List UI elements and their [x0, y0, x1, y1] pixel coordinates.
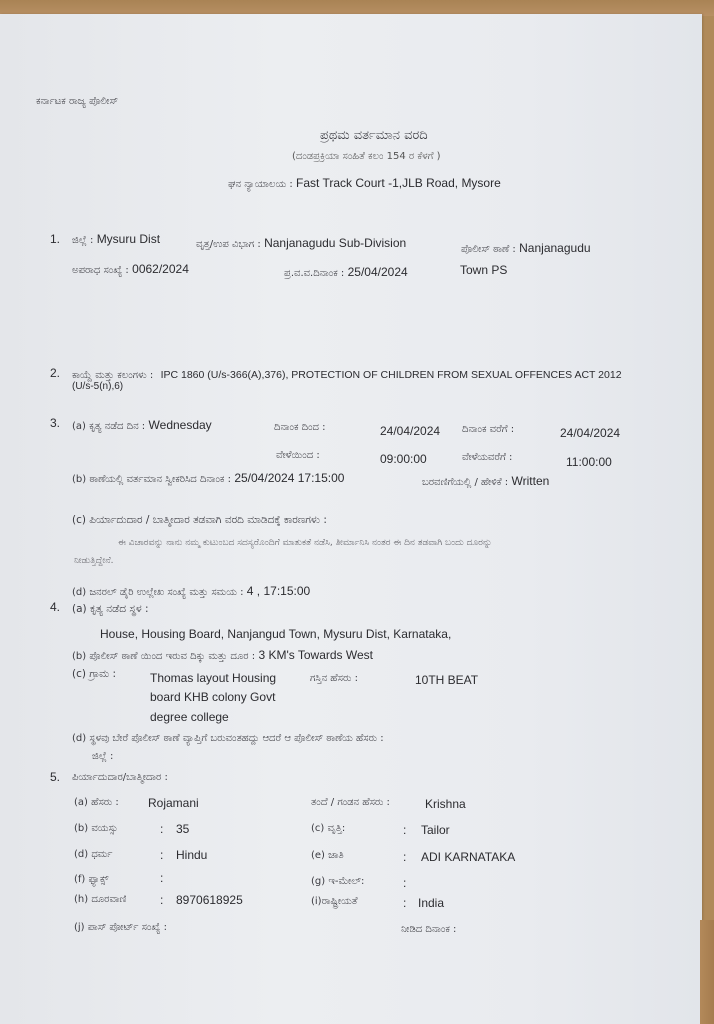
- age-value: 35: [176, 822, 189, 836]
- age-colon: :: [160, 822, 163, 836]
- district-field: ಜಿಲ್ಲೆ : Mysuru Dist: [72, 232, 160, 246]
- date-to-value: 24/04/2024: [560, 426, 620, 440]
- fax-colon: :: [160, 871, 163, 885]
- crime-number-field: ಅಪರಾಧ ಸಂಖ್ಯೆ : 0062/2024: [72, 262, 189, 276]
- beat-value: 10TH BEAT: [415, 673, 478, 687]
- caste-colon: :: [403, 850, 406, 864]
- acts-field: ಕಾಯ್ದೆ ಮತ್ತು ಕಲಂಗಳು : IPC 1860 (U/s-366(…: [72, 367, 622, 381]
- diary-ref-value: 4 , 17:15:00: [247, 584, 310, 598]
- complainant-heading: ಪಿರ್ಯಾದುದಾರ/ಬಾತ್ಮೀದಾರ :: [72, 772, 168, 783]
- age-label: (b) ವಯಸ್ಸು: [74, 823, 118, 834]
- acts-value-cont: (U/s-5(n),6): [72, 381, 123, 392]
- crime-number-value: 0062/2024: [132, 262, 189, 276]
- date-from-value: 24/04/2024: [380, 424, 440, 438]
- direction-label: (b) ಪೊಲೀಸ್ ಠಾಣೆ ಯಿಂದ ಇರುವ ದಿಕ್ಕು ಮತ್ತು ದ…: [72, 651, 255, 662]
- nationality-label: (i)ರಾಷ್ಟ್ರೀಯತೆ: [311, 896, 358, 907]
- section-1-number: 1.: [50, 232, 60, 246]
- table-surface-right: [700, 920, 714, 1024]
- direction-field: (b) ಪೊಲೀಸ್ ಠಾಣೆ ಯಿಂದ ಇರುವ ದಿಕ್ಕು ಮತ್ತು ದ…: [72, 648, 373, 662]
- delay-reason-label: (c) ಪಿರ್ಯಾದುದಾರ / ಬಾತ್ಮೀದಾರ ತಡವಾಗಿ ವರದಿ …: [72, 514, 327, 527]
- station-field: ಪೊಲೀಸ್ ಠಾಣೆ : Nanjanagudu: [461, 241, 591, 255]
- occurrence-day-value: Wednesday: [149, 418, 212, 432]
- delay-reason-text: ಈ ವಿಚಾರವನ್ನು ನಾನು ನಮ್ಮ ಕುಟುಂಬದ ಸದಸ್ಯರೊಂದ…: [118, 538, 492, 548]
- village-value-line-2: board KHB colony Govt: [150, 690, 275, 704]
- time-from-value: 09:00:00: [380, 452, 427, 466]
- passport-label: (j) ಪಾಸ್ ಪೋರ್ಟ್ ಸಂಖ್ಯೆ :: [74, 922, 167, 933]
- diary-ref-field: (d) ಜನರಲ್ ಡೈರಿ ಉಲ್ಲೇಖ ಸಂಖ್ಯೆ ಮತ್ತು ಸಮಯ :…: [72, 584, 310, 598]
- court-value: Fast Track Court -1,JLB Road, Mysore: [296, 176, 501, 190]
- section-2-number: 2.: [50, 366, 60, 380]
- time-from-label: ವೇಳೆಯಿಂದ :: [276, 450, 320, 461]
- other-station-label: (d) ಸ್ಥಳವು ಬೇರೆ ಪೊಲೀಸ್ ಠಾಣೆ ವ್ಯಾಪ್ತಿಗೆ ಬ…: [72, 733, 384, 744]
- email-label: (g) ಇ-ಮೇಲ್:: [311, 876, 364, 887]
- section-3-number: 3.: [50, 416, 60, 430]
- fir-date-label: ಪ್ರ.ವ.ವ.ದಿನಾಂಕ :: [284, 268, 344, 279]
- received-date-label: (b) ಠಾಣೆಯಲ್ಲಿ ವರ್ತಮಾನ ಸ್ವೀಕರಿಸಿದ ದಿನಾಂಕ …: [72, 474, 231, 485]
- father-name-value: Krishna: [425, 797, 466, 811]
- father-name-label: ತಂದೆ / ಗಂಡನ ಹೆಸರು :: [311, 797, 390, 808]
- occurrence-day-label: (a) ಕೃತ್ಯ ನಡೆದ ದಿನ :: [72, 421, 145, 432]
- beat-label: ಗಸ್ತಿನ ಹೆಸರು :: [310, 673, 358, 684]
- court-label: ಘನ ನ್ಯಾಯಾಲಯ :: [228, 179, 293, 190]
- issue-date-label: ನೀಡಿದ ದಿನಾಂಕ :: [401, 924, 456, 935]
- station-value-cont: Town PS: [460, 263, 507, 277]
- acts-label: ಕಾಯ್ದೆ ಮತ್ತು ಕಲಂಗಳು :: [72, 370, 153, 381]
- occupation-label: (c) ವೃತ್ತಿ:: [311, 823, 345, 834]
- subdivision-field: ವೃತ್ತ/ಉಪ ವಿಭಾಗ : Nanjanagudu Sub-Divisio…: [196, 236, 406, 250]
- station-label: ಪೊಲೀಸ್ ಠಾಣೆ :: [461, 244, 516, 255]
- time-to-label: ವೇಳೆಯವರೆಗೆ :: [462, 452, 512, 463]
- religion-value: Hindu: [176, 848, 207, 862]
- report-type-label: ಬರವಣಿಗೆಯಲ್ಲಿ / ಹೇಳಿಕೆ :: [422, 477, 508, 488]
- section-4-number: 4.: [50, 600, 60, 614]
- court-line: ಘನ ನ್ಯಾಯಾಲಯ : Fast Track Court -1,JLB Ro…: [228, 176, 501, 190]
- village-label: (c) ಗ್ರಾಮ :: [72, 668, 116, 681]
- place-value: House, Housing Board, Nanjangud Town, My…: [100, 627, 451, 641]
- religion-colon: :: [160, 848, 163, 862]
- phone-label: (h) ದೂರವಾಣಿ: [74, 894, 126, 905]
- subdivision-label: ವೃತ್ತ/ಉಪ ವಿಭಾಗ :: [196, 239, 261, 250]
- delay-reason-text-cont: ನೀಡುತ್ತಿದ್ದೇನೆ.: [74, 556, 114, 566]
- crime-number-label: ಅಪರಾಧ ಸಂಖ್ಯೆ :: [72, 265, 129, 276]
- nationality-value: India: [418, 896, 444, 910]
- direction-value: 3 KM's Towards West: [258, 648, 373, 662]
- document-subtitle: (ದಂಡಪ್ರಕ್ರಿಯಾ ಸಂಹಿತೆ ಕಲಂ 154 ರ ಕೆಳಗೆ ): [292, 151, 441, 162]
- report-type-field: ಬರವಣಿಗೆಯಲ್ಲಿ / ಹೇಳಿಕೆ : Written: [422, 474, 549, 488]
- district-label: ಜಿಲ್ಲೆ :: [72, 235, 93, 246]
- received-date-field: (b) ಠಾಣೆಯಲ್ಲಿ ವರ್ತಮಾನ ಸ್ವೀಕರಿಸಿದ ದಿನಾಂಕ …: [72, 471, 344, 485]
- date-from-label: ದಿನಾಂಕ ದಿಂದ :: [274, 422, 326, 433]
- village-value-line-3: degree college: [150, 710, 229, 724]
- time-to-value: 11:00:00: [566, 455, 612, 469]
- fir-date-value: 25/04/2024: [348, 265, 408, 279]
- subdivision-value: Nanjanagudu Sub-Division: [264, 236, 406, 250]
- district-value: Mysuru Dist: [97, 232, 160, 246]
- acts-value: IPC 1860 (U/s-366(A),376), PROTECTION OF…: [161, 369, 622, 381]
- diary-ref-label: (d) ಜನರಲ್ ಡೈರಿ ಉಲ್ಲೇಖ ಸಂಖ್ಯೆ ಮತ್ತು ಸಮಯ :: [72, 587, 243, 598]
- phone-colon: :: [160, 893, 163, 907]
- document-title: ಪ್ರಥಮ ವರ್ತಮಾನ ವರದಿ: [320, 128, 428, 143]
- section-5-number: 5.: [50, 770, 60, 784]
- report-type-value: Written: [512, 474, 550, 488]
- received-date-value: 25/04/2024 17:15:00: [234, 471, 344, 485]
- other-district-label: ಜಿಲ್ಲೆ :: [92, 751, 113, 762]
- email-colon: :: [403, 876, 406, 890]
- name-value: Rojamani: [148, 796, 199, 810]
- place-label: (a) ಕೃತ್ಯ ನಡೆದ ಸ್ಥಳ :: [72, 603, 149, 616]
- fax-label: (f) ಫ್ಯಾಕ್ಸ್: [74, 874, 109, 885]
- caste-value: ADI KARNATAKA: [421, 850, 515, 864]
- phone-value: 8970618925: [176, 893, 243, 907]
- occupation-value: Tailor: [421, 823, 450, 837]
- fir-date-field: ಪ್ರ.ವ.ವ.ದಿನಾಂಕ : 25/04/2024: [284, 265, 408, 279]
- caste-label: (e) ಜಾತಿ: [311, 850, 344, 861]
- nationality-colon: :: [403, 896, 406, 910]
- name-label: (a) ಹೆಸರು :: [74, 797, 119, 808]
- station-value: Nanjanagudu: [519, 241, 590, 255]
- village-value-line-1: Thomas layout Housing: [150, 671, 276, 685]
- date-to-label: ದಿನಾಂಕ ವರೆಗೆ :: [462, 424, 514, 435]
- religion-label: (d) ಧರ್ಮ: [74, 849, 112, 860]
- occurrence-day-field: (a) ಕೃತ್ಯ ನಡೆದ ದಿನ : Wednesday: [72, 418, 212, 432]
- occupation-colon: :: [403, 823, 406, 837]
- org-name: ಕರ್ನಾಟಕ ರಾಜ್ಯ ಪೊಲೀಸ್: [36, 96, 118, 107]
